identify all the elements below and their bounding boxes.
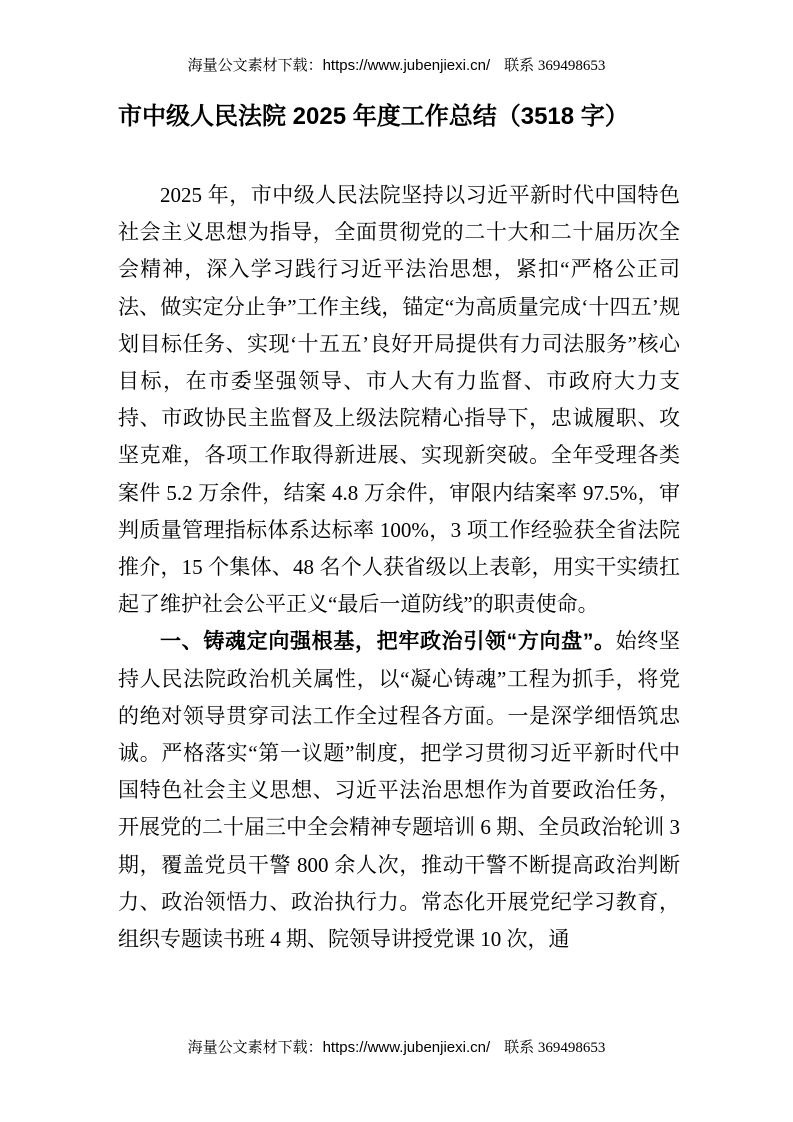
header-prefix: 海量公文素材下载：: [188, 58, 323, 74]
document-title: 市中级人民法院 2025 年度工作总结（3518 字）: [118, 101, 680, 133]
header-download-url: https://www.jubenjiexi.cn/: [323, 57, 491, 74]
section-1-text: 始终坚持人民法院政治机关属性，以“凝心铸魂”工程为抓手，将党的绝对领导贯穿司法工…: [118, 629, 680, 951]
footer-download-url: https://www.jubenjiexi.cn/: [323, 1039, 491, 1056]
page-header: 海量公文素材下载：https://www.jubenjiexi.cn/联系 36…: [0, 56, 793, 76]
footer-contact: 联系 369498653: [504, 1040, 605, 1056]
footer-prefix: 海量公文素材下载：: [188, 1040, 323, 1056]
paragraph-section-1: 一、铸魂定向强根基，把牢政治引领“方向盘”。始终坚持人民法院政治机关属性，以“凝…: [118, 623, 680, 958]
header-contact: 联系 369498653: [504, 58, 605, 74]
paragraph-intro-text: 2025 年，市中级人民法院坚持以习近平新时代中国特色社会主义思想为指导，全面贯…: [118, 183, 680, 616]
document-page: 海量公文素材下载：https://www.jubenjiexi.cn/联系 36…: [0, 0, 793, 1122]
page-footer: 海量公文素材下载：https://www.jubenjiexi.cn/联系 36…: [0, 1038, 793, 1058]
section-1-heading: 一、铸魂定向强根基，把牢政治引领“方向盘”。: [160, 630, 616, 653]
paragraph-intro: 2025 年，市中级人民法院坚持以习近平新时代中国特色社会主义思想为指导，全面贯…: [118, 177, 680, 623]
document-body: 2025 年，市中级人民法院坚持以习近平新时代中国特色社会主义思想为指导，全面贯…: [118, 177, 680, 958]
